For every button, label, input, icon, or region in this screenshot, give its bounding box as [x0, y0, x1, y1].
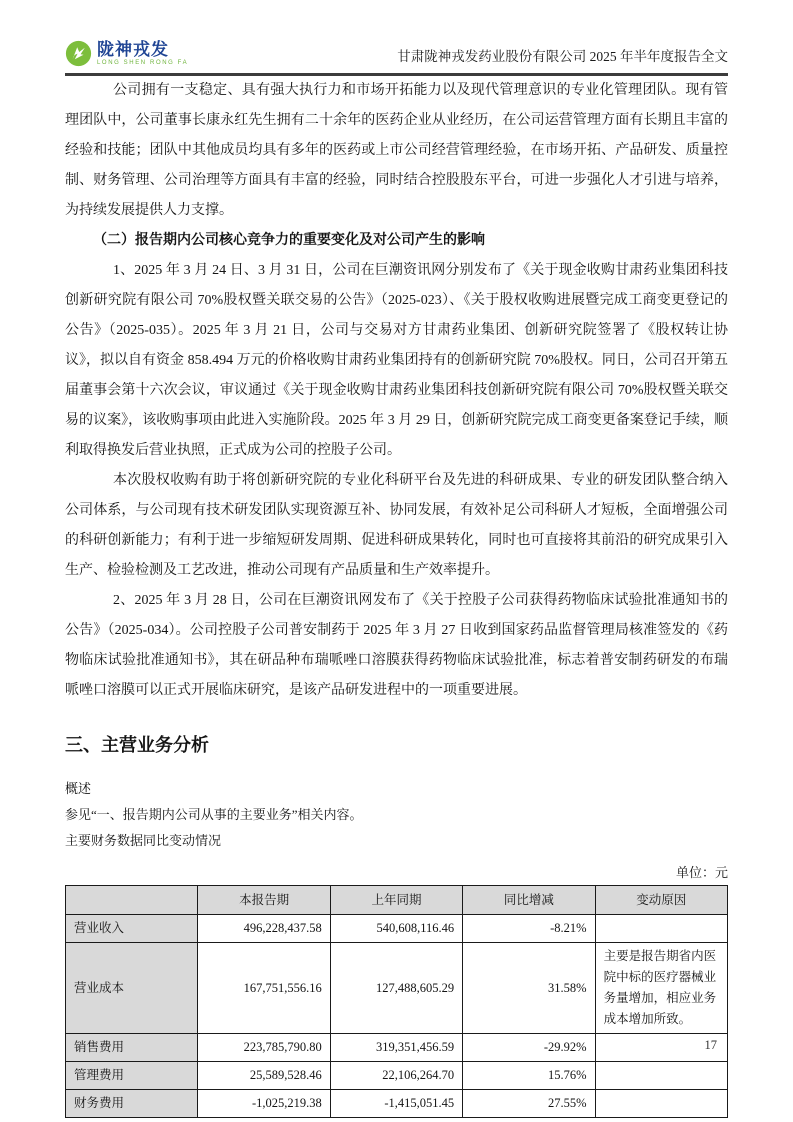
row-current: 223,785,790.80: [198, 1034, 330, 1062]
row-label: 营业收入: [66, 915, 198, 943]
company-logo: 陇神戎发 LONG SHEN RONG FA: [65, 40, 188, 67]
row-change: -29.92%: [463, 1034, 595, 1062]
table-caption: 主要财务数据同比变动情况: [65, 828, 728, 854]
row-change: 31.58%: [463, 943, 595, 1034]
header-blank: [66, 886, 198, 915]
row-reason: [595, 1090, 727, 1118]
row-reason: [595, 1062, 727, 1090]
page-content: 公司拥有一支稳定、具有强大执行力和市场开拓能力以及现代管理意识的专业化管理团队。…: [65, 76, 728, 1118]
paragraph-management-team: 公司拥有一支稳定、具有强大执行力和市场开拓能力以及现代管理意识的专业化管理团队。…: [65, 76, 728, 226]
header-change-reason: 变动原因: [595, 886, 727, 915]
header-prior-period: 上年同期: [330, 886, 462, 915]
page-header: 陇神戎发 LONG SHEN RONG FA 甘肃陇神戎发药业股份有限公司 20…: [65, 0, 728, 76]
page-number: 17: [705, 1038, 718, 1053]
row-label: 管理费用: [66, 1062, 198, 1090]
row-label: 营业成本: [66, 943, 198, 1034]
row-current: 496,228,437.58: [198, 915, 330, 943]
overview-label: 概述: [65, 776, 728, 802]
table-row-finance-expense: 财务费用 -1,025,219.38 -1,415,051.45 27.55%: [66, 1090, 728, 1118]
table-header-row: 本报告期 上年同期 同比增减 变动原因: [66, 886, 728, 915]
report-page: 陇神戎发 LONG SHEN RONG FA 甘肃陇神戎发药业股份有限公司 20…: [0, 0, 793, 1122]
table-row-revenue: 营业收入 496,228,437.58 540,608,116.46 -8.21…: [66, 915, 728, 943]
row-change: 15.76%: [463, 1062, 595, 1090]
row-reason: 主要是报告期省内医院中标的医疗器械业务量增加，相应业务成本增加所致。: [595, 943, 727, 1034]
unit-label: 单位：元: [65, 862, 728, 881]
document-title: 甘肃陇神戎发药业股份有限公司 2025 年半年度报告全文: [397, 45, 728, 67]
row-reason: [595, 915, 727, 943]
table-row-admin-expense: 管理费用 25,589,528.46 22,106,264.70 15.76%: [66, 1062, 728, 1090]
row-current: 167,751,556.16: [198, 943, 330, 1034]
row-prior: 540,608,116.46: [330, 915, 462, 943]
financial-comparison-table: 本报告期 上年同期 同比增减 变动原因 营业收入 496,228,437.58 …: [65, 885, 728, 1118]
paragraph-equity-acquisition: 1、2025 年 3 月 24 日、3 月 31 日，公司在巨潮资讯网分别发布了…: [65, 256, 728, 466]
paragraph-acquisition-benefit: 本次股权收购有助于将创新研究院的专业化科研平台及先进的科研成果、专业的研发团队整…: [65, 466, 728, 586]
brand-name-cn: 陇神戎发: [97, 41, 188, 58]
row-prior: 127,488,605.29: [330, 943, 462, 1034]
row-prior: -1,415,051.45: [330, 1090, 462, 1118]
brand-name-en: LONG SHEN RONG FA: [97, 60, 188, 66]
row-change: 27.55%: [463, 1090, 595, 1118]
row-change: -8.21%: [463, 915, 595, 943]
row-current: -1,025,219.38: [198, 1090, 330, 1118]
overview-reference: 参见“一、报告期内公司从事的主要业务”相关内容。: [65, 802, 728, 828]
row-label: 财务费用: [66, 1090, 198, 1118]
row-label: 销售费用: [66, 1034, 198, 1062]
section-title-main-business: 三、主营业务分析: [65, 730, 728, 760]
table-row-selling-expense: 销售费用 223,785,790.80 319,351,456.59 -29.9…: [66, 1034, 728, 1062]
row-prior: 319,351,456.59: [330, 1034, 462, 1062]
logo-text: 陇神戎发 LONG SHEN RONG FA: [97, 41, 188, 66]
logo-swirl-icon: [65, 40, 92, 67]
paragraph-clinical-approval: 2、2025 年 3 月 28 日，公司在巨潮资讯网发布了《关于控股子公司获得药…: [65, 586, 728, 706]
row-current: 25,589,528.46: [198, 1062, 330, 1090]
header-current-period: 本报告期: [198, 886, 330, 915]
heading-core-competitiveness-change: （二）报告期内公司核心竞争力的重要变化及对公司产生的影响: [93, 226, 728, 256]
header-yoy-change: 同比增减: [463, 886, 595, 915]
table-row-operating-cost: 营业成本 167,751,556.16 127,488,605.29 31.58…: [66, 943, 728, 1034]
row-prior: 22,106,264.70: [330, 1062, 462, 1090]
